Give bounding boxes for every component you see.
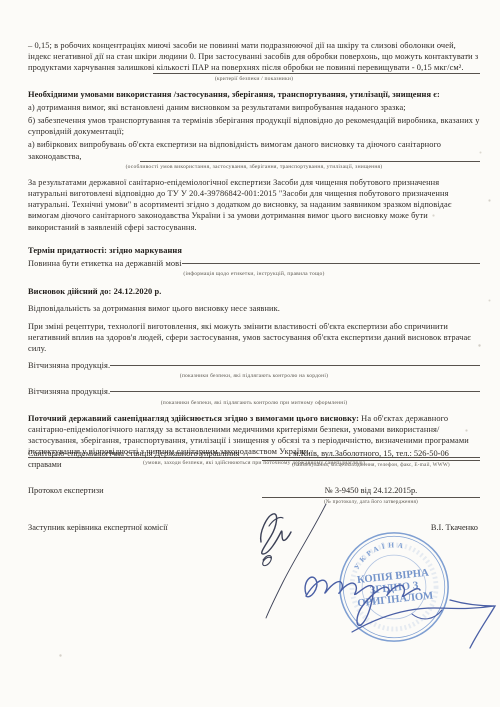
document-body: – 0,15; в робочих концентраціях миючі за… — [28, 40, 480, 469]
paragraph-responsibility: Відповідальність за дотримання вимог цьо… — [28, 303, 480, 314]
caption-customs-control: (показники безпеки, які підлягають контр… — [28, 399, 480, 407]
condition-a: а) дотримання вимог, які встановлені дан… — [28, 102, 480, 113]
condition-c: а) вибіркових випробувань об'єкта експер… — [28, 139, 480, 161]
organization-name: Санітарно-епідеміологічна станція Держав… — [28, 448, 253, 471]
handwritten-annotation — [292, 550, 500, 660]
heading-shelf-life: Термін придатності: згідно маркування — [28, 245, 480, 256]
scan-noise — [0, 0, 1, 1]
caption-address: (найменування, місцезнаходження, телефон… — [262, 461, 480, 469]
form-rule — [110, 365, 480, 366]
heading-required-conditions: Необхідними умовами використання /застос… — [28, 89, 480, 100]
caption-usage-conditions: (особливості умов використання, застосув… — [28, 163, 480, 171]
domestic-product-row-2: Вітчизняна продукція. — [28, 386, 480, 397]
form-rule — [110, 391, 480, 392]
domestic-product-1: Вітчизняна продукція. — [28, 360, 110, 371]
condition-b: б) забезпечення умов транспортування та … — [28, 115, 480, 137]
heading-valid-until: Висновок дійсний до: 24.12.2020 р. — [28, 286, 480, 297]
deputy-label: Заступник керівника експертної комісії — [28, 522, 253, 533]
supervision-lead: Поточний державний санепіднагляд здійсню… — [28, 414, 359, 423]
organization-address-block: м.Київ, вул.Заболотного, 15, тел.: 526-5… — [262, 448, 480, 471]
organization-address: м.Київ, вул.Заболотного, 15, тел.: 526-5… — [262, 448, 480, 460]
form-rule — [140, 161, 480, 162]
footer-row-organization: Санітарно-епідеміологічна станція Держав… — [28, 448, 480, 471]
form-rule — [182, 263, 480, 264]
caption-border-control: (показники безпеки, які підлягають контр… — [28, 372, 480, 380]
caption-safety-criteria: (критерії безпеки / показники) — [28, 75, 480, 83]
protocol-label: Протокол експертизи — [28, 485, 253, 508]
label-language: Повинна бути етикетка на державній мові — [28, 258, 182, 269]
domestic-product-2: Вітчизняна продукція. — [28, 386, 110, 397]
domestic-product-row-1: Вітчизняна продукція. — [28, 360, 480, 371]
label-language-row: Повинна бути етикетка на державній мові — [28, 258, 480, 269]
caption-label-info: (інформація щодо етикетки, інструкцій, п… — [28, 270, 480, 278]
paragraph-recipe-change: При зміні рецептури, технології виготовл… — [28, 321, 480, 355]
paragraph-expertise-result: За результатами державної санітарно-епід… — [28, 177, 480, 233]
paragraph-safety-criteria: – 0,15; в робочих концентраціях миючі за… — [28, 40, 480, 74]
document-page: – 0,15; в робочих концентраціях миючі за… — [0, 0, 500, 707]
